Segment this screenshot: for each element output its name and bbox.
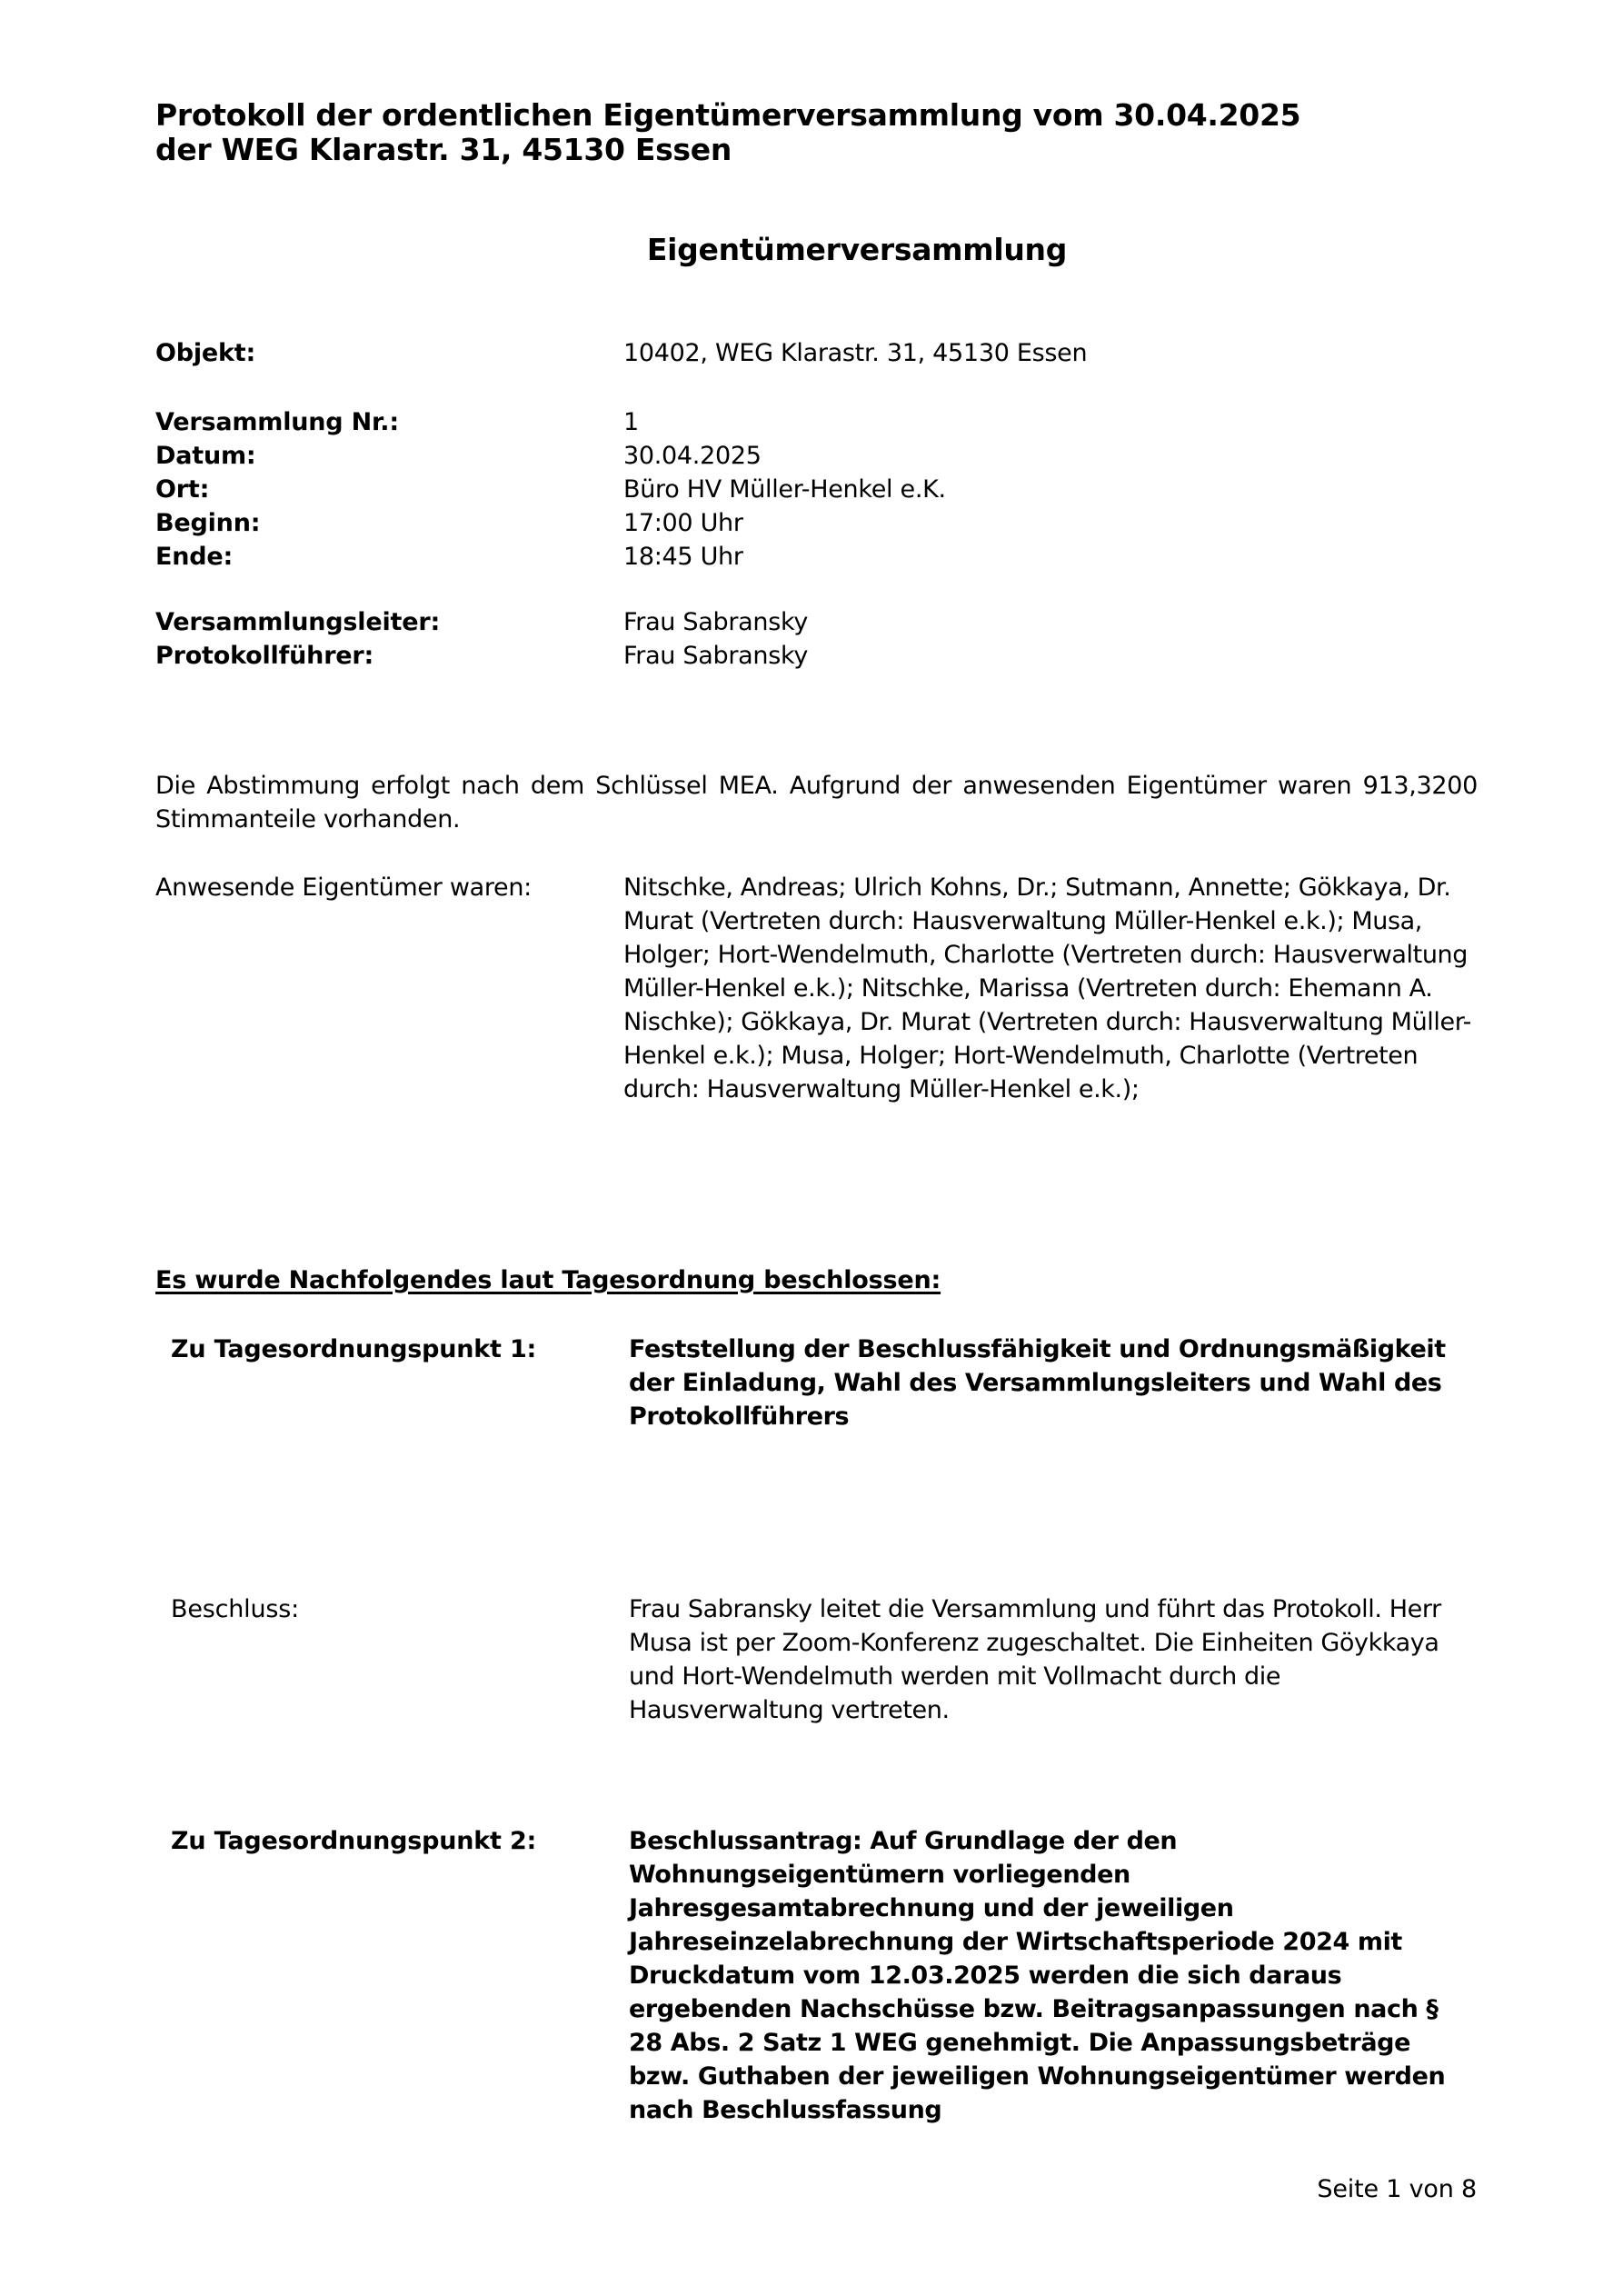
owners-list: Nitschke, Andreas; Ulrich Kohns, Dr.; Su…: [623, 871, 1487, 1106]
section-heading: Eigentümerversammlung: [0, 232, 1623, 268]
voting-text: Die Abstimmung erfolgt nach dem Schlüsse…: [155, 769, 1478, 836]
page-number: Seite 1 von 8: [1317, 2175, 1477, 2203]
meta-value: 18:45 Uhr: [623, 540, 743, 574]
owners-label: Anwesende Eigentümer waren:: [155, 871, 532, 904]
agenda-2-label: Zu Tagesordnungspunkt 2:: [171, 1824, 536, 1858]
meta-value: Frau Sabransky: [623, 639, 808, 673]
meta-label: Versammlungsleiter:: [155, 605, 440, 639]
agenda-1-title: Feststellung der Beschlussfähigkeit und …: [629, 1333, 1447, 1433]
meta-label: Protokollführer:: [155, 639, 373, 673]
meta-value: Frau Sabransky: [623, 605, 808, 639]
meta-label: Versammlung Nr.:: [155, 405, 399, 439]
title-line-2: der WEG Klarastr. 31, 45130 Essen: [155, 133, 1300, 167]
meta-label: Objekt:: [155, 336, 255, 370]
meta-value: 30.04.2025: [623, 439, 762, 473]
meta-label: Ende:: [155, 540, 233, 574]
meta-label: Ort:: [155, 473, 209, 506]
agenda-1-label: Zu Tagesordnungspunkt 1:: [171, 1333, 536, 1366]
agenda-1-resolution-label: Beschluss:: [171, 1592, 299, 1626]
meta-value: 17:00 Uhr: [623, 506, 743, 540]
agenda-2-title: Beschlussantrag: Auf Grundlage der den W…: [629, 1824, 1447, 2127]
meta-value: Büro HV Müller-Henkel e.K.: [623, 473, 946, 506]
meta-value: 10402, WEG Klarastr. 31, 45130 Essen: [623, 336, 1087, 370]
meta-label: Datum:: [155, 439, 256, 473]
meta-value: 1: [623, 405, 639, 439]
agenda-1-resolution: Frau Sabransky leitet die Versammlung un…: [629, 1592, 1447, 1727]
resolved-heading: Es wurde Nachfolgendes laut Tagesordnung…: [155, 1266, 941, 1294]
title-line-1: Protokoll der ordentlichen Eigentümerver…: [155, 98, 1300, 133]
page-title: Protokoll der ordentlichen Eigentümerver…: [155, 98, 1300, 167]
meta-label: Beginn:: [155, 506, 260, 540]
